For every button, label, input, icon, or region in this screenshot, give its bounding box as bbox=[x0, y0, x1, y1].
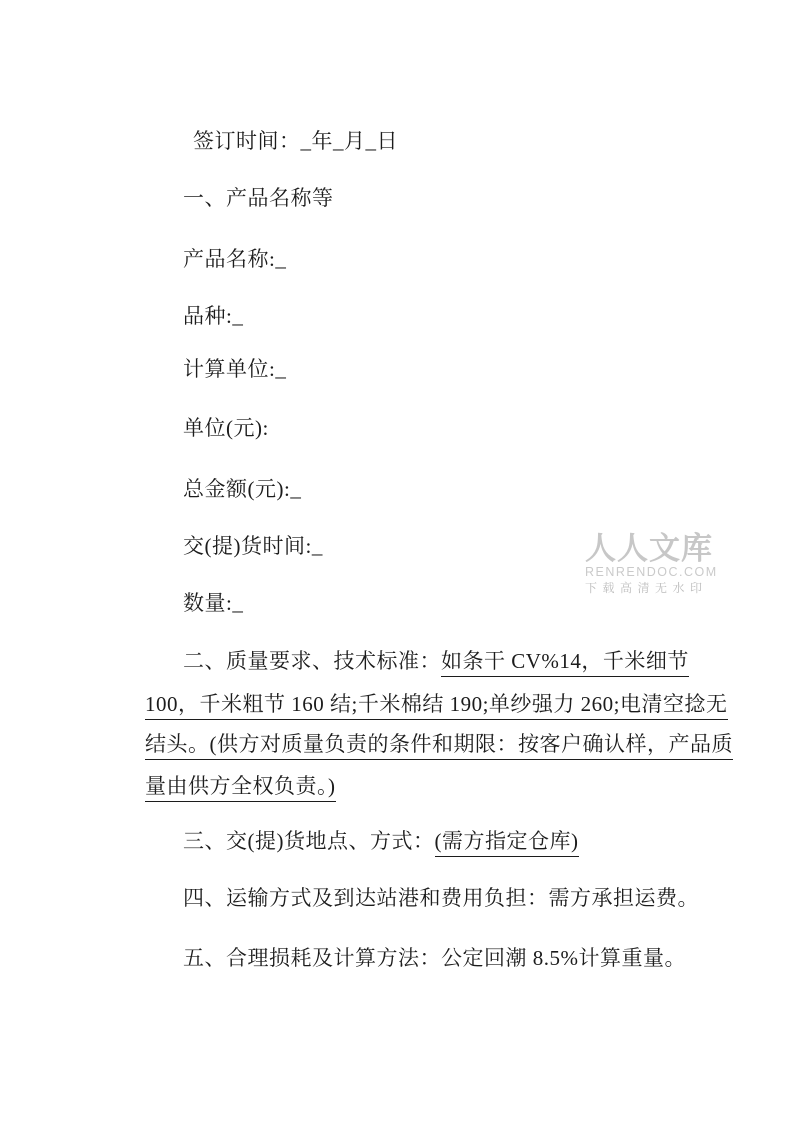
section2-underlined-text-4: 量由供方全权负责。) bbox=[145, 774, 336, 802]
document-page: 签订时间：_年_月_日 一、产品名称等 产品名称:_ 品种:_ 计算单位:_ 单… bbox=[0, 0, 800, 1132]
watermark-site-url: RENRENDOC.COM bbox=[585, 565, 725, 579]
section3-prefix-text: 三、交(提)货地点、方式： bbox=[183, 829, 435, 853]
section5-line: 五、合理损耗及计算方法：公定回潮 8.5%计算重量。 bbox=[160, 918, 686, 999]
field-unit-price-text: 单位(元): bbox=[183, 416, 269, 440]
field-quantity-text: 数量:_ bbox=[183, 591, 243, 615]
watermark-tagline: 下载高清无水印 bbox=[585, 582, 725, 595]
renrendoc-watermark: 人人文库 RENRENDOC.COM 下载高清无水印 bbox=[585, 533, 725, 595]
section5-text: 五、合理损耗及计算方法：公定回潮 8.5%计算重量。 bbox=[183, 946, 686, 970]
field-total-amount-text: 总金额(元):_ bbox=[183, 477, 301, 501]
sign-time-text: 签订时间：_年_月_日 bbox=[193, 129, 398, 153]
field-delivery-time-text: 交(提)货时间:_ bbox=[183, 534, 323, 558]
watermark-logo: 人人文库 bbox=[585, 533, 725, 564]
field-unit-of-measure-text: 计算单位:_ bbox=[183, 357, 286, 381]
field-variety-text: 品种:_ bbox=[183, 304, 243, 328]
field-product-name-text: 产品名称:_ bbox=[183, 247, 286, 271]
section1-title-text: 一、产品名称等 bbox=[183, 186, 334, 210]
section3-underlined-text: (需方指定仓库) bbox=[435, 829, 579, 857]
section4-text: 四、运输方式及到达站港和费用负担：需方承担运费。 bbox=[183, 886, 699, 910]
